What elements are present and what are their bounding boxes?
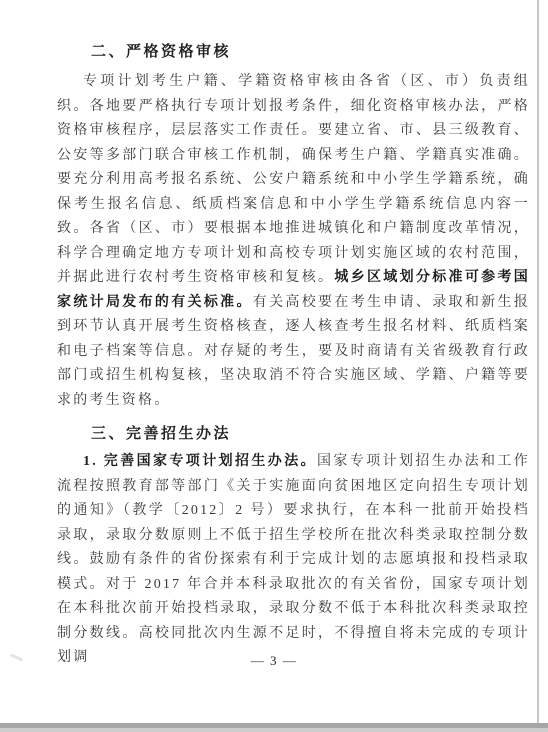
- scanned-document-page: 二、严格资格审核 专项计划考生户籍、学籍资格审核由各省（区、市）负责组织。各地要…: [0, 0, 548, 732]
- text-run: 专项计划考生户籍、学籍资格审核由各省（区、市）负责组织。各地要严格执行专项计划报…: [57, 74, 530, 285]
- scan-edge-bottom-band-light: [0, 728, 548, 732]
- text-run-bold: 1. 完善国家专项计划招生办法。: [83, 454, 317, 469]
- scan-edge-right-line: [537, 0, 539, 723]
- paragraph-national-special-plan: 1. 完善国家专项计划招生办法。国家专项计划招生办法和工作流程按照教育部等部门《…: [57, 450, 530, 671]
- text-run: 有关高校要在考生申请、录取和新生报到环节认真开展考生资格核查，逐人核查考生报名材…: [57, 295, 530, 408]
- document-body: 二、严格资格审核 专项计划考生户籍、学籍资格审核由各省（区、市）负责组织。各地要…: [57, 40, 530, 671]
- text-run: 国家专项计划招生办法和工作流程按照教育部等部门《关于实施面向贫困地区定向招生专项…: [57, 454, 530, 665]
- page-number: — 3 —: [0, 653, 548, 669]
- section-heading-improve-admission-methods: 三、完善招生办法: [57, 422, 530, 446]
- paragraph-qualification-review: 专项计划考生户籍、学籍资格审核由各省（区、市）负责组织。各地要严格执行专项计划报…: [57, 70, 530, 413]
- section-heading-strict-qualification-review: 二、严格资格审核: [57, 40, 530, 64]
